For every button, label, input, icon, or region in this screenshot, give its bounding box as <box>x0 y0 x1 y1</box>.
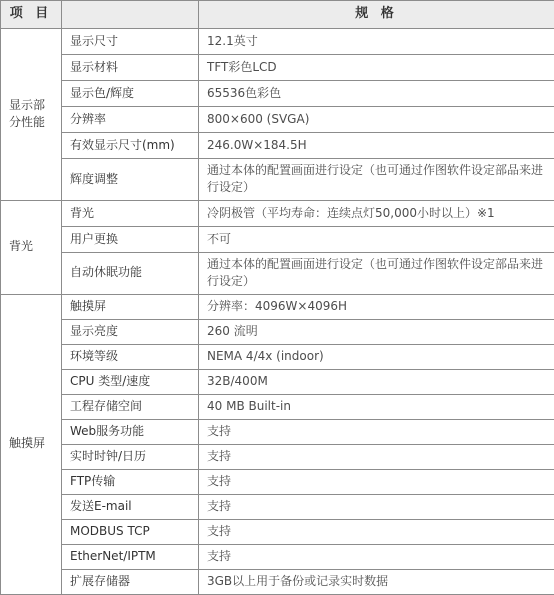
row-value: 246.0W×184.5H <box>199 133 554 159</box>
row-value: 65536色彩色 <box>199 81 554 107</box>
row-label: 实时时钟/日历 <box>62 444 199 469</box>
row-value: 通过本体的配置画面进行设定（也可通过作图软件设定部品来进行设定） <box>199 159 554 201</box>
table-row: 实时时钟/日历 支持 <box>1 444 554 469</box>
table-row: 显示材料 TFT彩色LCD <box>1 55 554 81</box>
table-row: FTP传输 支持 <box>1 469 554 494</box>
row-value: 32B/400M <box>199 369 554 394</box>
row-label: 自动休眠功能 <box>62 252 199 294</box>
row-value: TFT彩色LCD <box>199 55 554 81</box>
row-label: EtherNet/IPTM <box>62 544 199 569</box>
row-label: 用户更换 <box>62 226 199 252</box>
header-spacer <box>62 1 199 29</box>
header-item: 项 目 <box>1 1 62 29</box>
row-label: 发送E-mail <box>62 494 199 519</box>
row-label: 显示亮度 <box>62 319 199 344</box>
row-value: 260 流明 <box>199 319 554 344</box>
row-label: Web服务功能 <box>62 419 199 444</box>
table-row: 发送E-mail 支持 <box>1 494 554 519</box>
row-value: 冷阴极管（平均寿命：连续点灯50,000小时以上）※1 <box>199 200 554 226</box>
row-label: 环境等级 <box>62 344 199 369</box>
table-row: EtherNet/IPTM 支持 <box>1 544 554 569</box>
row-label: 显示尺寸 <box>62 29 199 55</box>
table-row: 扩展存储器 3GB以上用于备份或记录实时数据 <box>1 569 554 594</box>
row-label: 显示材料 <box>62 55 199 81</box>
row-label: 扩展存储器 <box>62 569 199 594</box>
row-label: MODBUS TCP <box>62 519 199 544</box>
table-row: 显示部分性能 显示尺寸 12.1英寸 <box>1 29 554 55</box>
group-label-touchscreen: 触摸屏 <box>1 294 62 594</box>
row-value: 支持 <box>199 469 554 494</box>
row-label: 有效显示尺寸(mm) <box>62 133 199 159</box>
row-value: 支持 <box>199 419 554 444</box>
row-label: 显示色/辉度 <box>62 81 199 107</box>
table-row: 辉度调整 通过本体的配置画面进行设定（也可通过作图软件设定部品来进行设定） <box>1 159 554 201</box>
row-value: 支持 <box>199 444 554 469</box>
group-label-display-performance: 显示部分性能 <box>1 29 62 201</box>
row-value: 不可 <box>199 226 554 252</box>
row-value: 支持 <box>199 544 554 569</box>
table-row: 有效显示尺寸(mm) 246.0W×184.5H <box>1 133 554 159</box>
row-value: 800×600 (SVGA) <box>199 107 554 133</box>
row-label: 辉度调整 <box>62 159 199 201</box>
spec-table: 项 目 规 格 显示部分性能 显示尺寸 12.1英寸 显示材料 TFT彩色LCD… <box>0 0 554 595</box>
table-row: 分辨率 800×600 (SVGA) <box>1 107 554 133</box>
row-value: 支持 <box>199 519 554 544</box>
row-label: 工程存储空间 <box>62 394 199 419</box>
row-value: NEMA 4/4x (indoor) <box>199 344 554 369</box>
row-value: 12.1英寸 <box>199 29 554 55</box>
table-row: Web服务功能 支持 <box>1 419 554 444</box>
row-label: FTP传输 <box>62 469 199 494</box>
table-row: 自动休眠功能 通过本体的配置画面进行设定（也可通过作图软件设定部品来进行设定） <box>1 252 554 294</box>
table-row: 显示色/辉度 65536色彩色 <box>1 81 554 107</box>
table-row: 显示亮度 260 流明 <box>1 319 554 344</box>
header-spec: 规 格 <box>199 1 554 29</box>
table-row: 触摸屏 触摸屏 分辨率：4096W×4096H <box>1 294 554 319</box>
row-value: 40 MB Built-in <box>199 394 554 419</box>
row-value: 通过本体的配置画面进行设定（也可通过作图软件设定部品来进行设定） <box>199 252 554 294</box>
table-header-row: 项 目 规 格 <box>1 1 554 29</box>
row-label: 分辨率 <box>62 107 199 133</box>
row-value: 支持 <box>199 494 554 519</box>
table-row: 背光 背光 冷阴极管（平均寿命：连续点灯50,000小时以上）※1 <box>1 200 554 226</box>
table-row: MODBUS TCP 支持 <box>1 519 554 544</box>
table-row: 用户更换 不可 <box>1 226 554 252</box>
row-label: 触摸屏 <box>62 294 199 319</box>
table-row: 工程存储空间 40 MB Built-in <box>1 394 554 419</box>
table-row: 环境等级 NEMA 4/4x (indoor) <box>1 344 554 369</box>
table-row: CPU 类型/速度 32B/400M <box>1 369 554 394</box>
group-label-backlight: 背光 <box>1 200 62 294</box>
row-value: 3GB以上用于备份或记录实时数据 <box>199 569 554 594</box>
row-value: 分辨率：4096W×4096H <box>199 294 554 319</box>
row-label: CPU 类型/速度 <box>62 369 199 394</box>
row-label: 背光 <box>62 200 199 226</box>
